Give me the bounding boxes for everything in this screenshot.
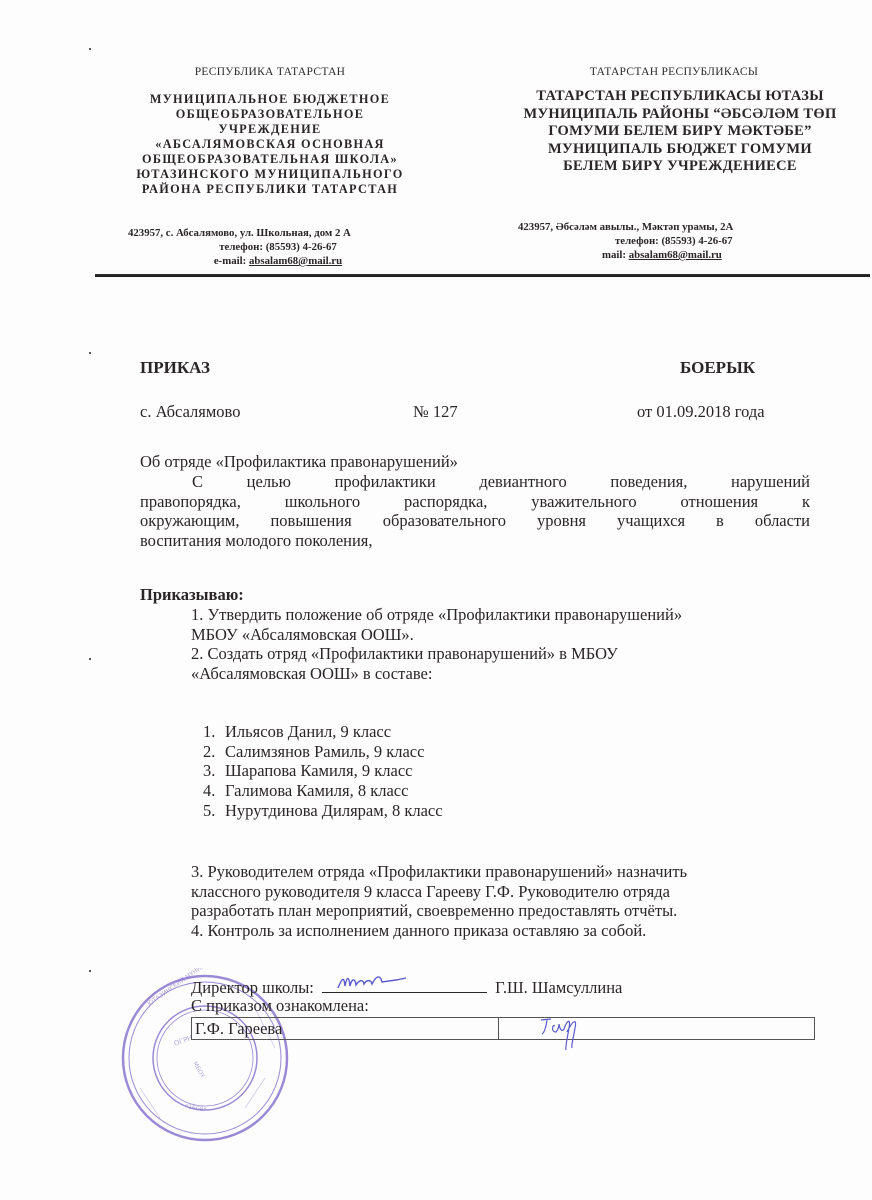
signature-line — [322, 976, 487, 993]
phone: телефон: (85593) 4-26-67 — [128, 240, 428, 254]
order-title-ru: ПРИКАЗ — [140, 358, 210, 378]
order-item-3: 3. Руководителем отряда «Профилактики пр… — [191, 862, 811, 882]
ack-signature-cell — [499, 1018, 815, 1040]
letterhead-left: РЕСПУБЛИКА ТАТАРСТАН МУНИЦИПАЛЬНОЕ БЮДЖЕ… — [110, 66, 430, 197]
acknowledgement-table: Г.Ф. Гареева — [191, 1017, 815, 1040]
ack-name: Г.Ф. Гареева — [192, 1018, 499, 1040]
scan-mark — [89, 48, 91, 50]
order-items: 1. Утвердить положение об отряде «Профил… — [191, 605, 811, 683]
director-label: Директор школы: — [191, 978, 314, 997]
order-item-3-cont: разработать план мероприятий, своевремен… — [191, 901, 811, 921]
address-block-right: 423957, Әбсәләм авылы., Мәктәп урамы, 2А… — [518, 220, 838, 262]
phone: телефон: (85593) 4-26-67 — [518, 234, 838, 248]
email-line: mail: absalam68@mail.ru — [518, 248, 838, 262]
org-name-tt: ТАТАРСТАН РЕСПУБЛИКАСЫ ЮТАЗЫ МУНИЦИПАЛЬ … — [510, 88, 850, 176]
director-name: Г.Ш. Шамсуллина — [495, 978, 622, 997]
director-signature-icon — [336, 970, 416, 992]
order-title-tt: БОЕРЫК — [680, 358, 755, 378]
director-line: Директор школы: Г.Ш. Шамсуллина — [191, 976, 811, 998]
list-item: 3.Шарапова Камиля, 9 класс — [203, 761, 603, 781]
order-preamble: С целью профилактики девиантного поведен… — [140, 472, 810, 550]
letterhead-right: ТАТАРСТАН РЕСПУБЛИКАСЫ ТАТАРСТАН РЕСПУБЛ… — [510, 66, 850, 176]
members-list: 1.Ильясов Данил, 9 класс 2.Салимзянов Ра… — [203, 722, 603, 821]
scan-mark — [89, 658, 91, 660]
list-item: 4.Галимова Камиля, 8 класс — [203, 781, 603, 801]
address: 423957, с. Абсалямово, ул. Школьная, дом… — [128, 226, 428, 240]
scan-mark — [89, 970, 91, 972]
email-link[interactable]: absalam68@mail.ru — [629, 249, 722, 261]
email-link[interactable]: absalam68@mail.ru — [249, 255, 342, 267]
svg-text:МБОУ: МБОУ — [191, 1061, 206, 1080]
order-item-2-cont: «Абсалямовская ООШ» в составе: — [191, 664, 811, 684]
org-name-ru: МУНИЦИПАЛЬНОЕ БЮДЖЕТНОЕ ОБЩЕОБРАЗОВАТЕЛЬ… — [110, 92, 430, 197]
scan-mark — [89, 352, 91, 354]
table-row: Г.Ф. Гареева — [192, 1018, 815, 1040]
email-line: e-mail: absalam68@mail.ru — [128, 254, 428, 268]
republic-name-tt: ТАТАРСТАН РЕСПУБЛИКАСЫ — [498, 66, 850, 78]
handwritten-signature-icon — [537, 1014, 597, 1054]
republic-name-ru: РЕСПУБЛИКА ТАТАРСТАН — [110, 66, 430, 78]
order-date: от 01.09.2018 года — [637, 402, 765, 422]
order-items-after: 3. Руководителем отряда «Профилактики пр… — [191, 862, 811, 940]
acknowledgement-label: С приказом ознакомлена: — [191, 996, 369, 1016]
order-item-4: 4. Контроль за исполнением данного прика… — [191, 921, 811, 941]
order-item-2: 2. Создать отряд «Профилактики правонару… — [191, 644, 811, 664]
directive-label: Приказываю: — [140, 585, 244, 605]
order-item-1: 1. Утвердить положение об отряде «Профил… — [191, 605, 811, 625]
order-item-1-cont: МБОУ «Абсалямовская ООШ». — [191, 625, 811, 645]
svg-text:*1608*: *1608* — [185, 1103, 207, 1114]
address: 423957, Әбсәләм авылы., Мәктәп урамы, 2А — [518, 220, 838, 234]
header-divider — [95, 274, 870, 277]
order-place: с. Абсалямово — [140, 402, 240, 422]
list-item: 2.Салимзянов Рамиль, 9 класс — [203, 742, 603, 762]
order-subject: Об отряде «Профилактика правонарушений» — [140, 452, 458, 472]
address-block-left: 423957, с. Абсалямово, ул. Школьная, дом… — [128, 226, 428, 268]
order-item-3-cont: классного руководителя 9 класса Гарееву … — [191, 882, 811, 902]
list-item: 1.Ильясов Данил, 9 класс — [203, 722, 603, 742]
list-item: 5.Нурутдинова Дилярам, 8 класс — [203, 801, 603, 821]
order-number: № 127 — [413, 402, 458, 422]
